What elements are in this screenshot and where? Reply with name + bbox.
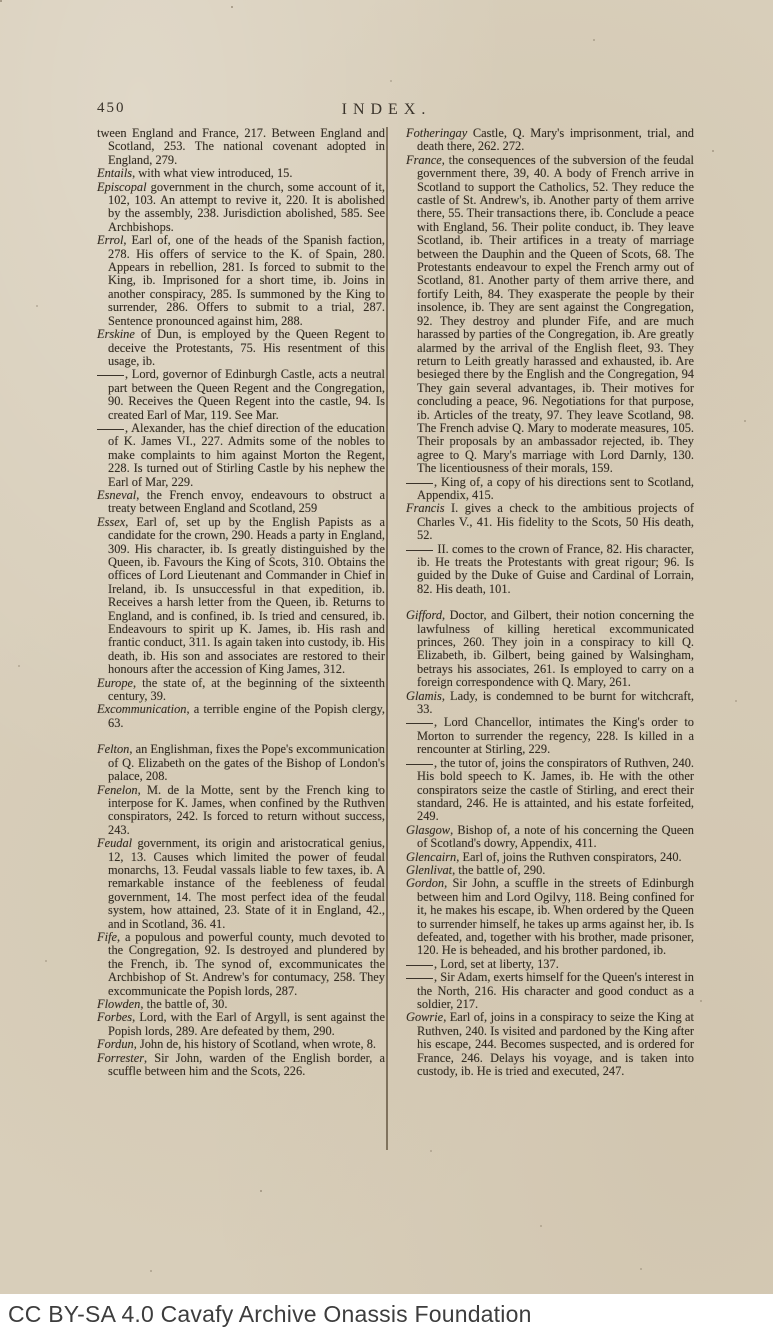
index-entry: Francis I. gives a check to the ambitiou… xyxy=(406,502,694,542)
index-entry: , Lord, governor of Edinburgh Castle, ac… xyxy=(97,368,385,422)
ditto-dash-icon xyxy=(406,960,433,966)
entry-term: Gifford xyxy=(406,608,442,622)
index-entry: Gifford, Doctor, and Gilbert, their noti… xyxy=(406,609,694,689)
entry-text: , the state of, at the beginning of the … xyxy=(108,676,385,703)
entry-term: Esneval xyxy=(97,488,136,502)
entry-text: , Lord, set at liberty, 137. xyxy=(434,957,559,971)
entry-text: , the battle of, 290. xyxy=(452,863,545,877)
entry-term: Entails xyxy=(97,166,132,180)
entry-term: Forrester xyxy=(97,1051,144,1065)
entry-text: , Earl of, one of the heads of the Spani… xyxy=(108,233,385,327)
index-entry: Essex, Earl of, set up by the English Pa… xyxy=(97,516,385,677)
index-entry: , Alexander, has the chief direction of … xyxy=(97,422,385,489)
index-entry: France, the consequences of the subversi… xyxy=(406,154,694,476)
paper-specks xyxy=(0,0,2,2)
entry-term: Fenelon xyxy=(97,783,138,797)
index-entry: Forbes, Lord, with the Earl of Argyll, i… xyxy=(97,1011,385,1038)
index-entry: Errol, Earl of, one of the heads of the … xyxy=(97,234,385,328)
column-divider-rule xyxy=(386,127,388,1150)
entry-term: Fordun xyxy=(97,1037,134,1051)
license-caption-bar: CC BY-SA 4.0 Cavafy Archive Onassis Foun… xyxy=(0,1294,773,1334)
index-entry: Glencairn, Earl of, joins the Ruthven co… xyxy=(406,851,694,864)
entry-text: , Bishop of, a note of his concerning th… xyxy=(417,823,694,850)
entry-text: , Sir John, a scuffle in the streets of … xyxy=(417,876,694,957)
index-entry: Gowrie, Earl of, joins in a conspiracy t… xyxy=(406,1011,694,1078)
index-entry: Felton, an Englishman, fixes the Pope's … xyxy=(97,743,385,783)
entry-text: II. comes to the crown of France, 82. Hi… xyxy=(417,542,694,596)
entry-term: Glencairn xyxy=(406,850,456,864)
entry-text: , Earl of, joins in a conspiracy to seiz… xyxy=(417,1010,694,1078)
entry-term: Excommunication xyxy=(97,702,186,716)
entry-term: Glenlivat xyxy=(406,863,452,877)
entry-text: , Alexander, has the chief direction of … xyxy=(108,421,385,489)
entry-text: , the French envoy, endeavours to obstru… xyxy=(108,488,385,515)
ditto-dash-icon xyxy=(406,718,433,724)
index-entry: tween England and France, 217. Between E… xyxy=(97,127,385,167)
entry-text: , Lord, governor of Edinburgh Castle, ac… xyxy=(108,367,385,421)
index-entry: Excommunication, a terrible engine of th… xyxy=(97,703,385,730)
index-entry: Erskine of Dun, is employed by the Queen… xyxy=(97,328,385,368)
entry-text: government, its origin and aristocratica… xyxy=(108,836,385,930)
entry-term: Gordon xyxy=(406,876,444,890)
entry-text: , an Englishman, fixes the Pope's excomm… xyxy=(108,742,385,783)
index-entry: Feudal government, its origin and aristo… xyxy=(97,837,385,931)
entry-text: , Sir John, warden of the English border… xyxy=(108,1051,385,1078)
index-entry: Episcopal government in the church, some… xyxy=(97,181,385,235)
entry-text: tween England and France, 217. Between E… xyxy=(97,126,385,167)
entry-text: I. gives a check to the ambitious projec… xyxy=(417,501,694,542)
index-entry: , King of, a copy of his directions sent… xyxy=(406,476,694,503)
entry-text: , Lord, with the Earl of Argyll, is sent… xyxy=(108,1010,385,1037)
entry-text: government in the church, some account o… xyxy=(108,180,385,234)
entry-text: , M. de la Motte, sent by the French kin… xyxy=(108,783,385,837)
index-entry: , Lord Chancellor, intimates the King's … xyxy=(406,716,694,756)
entry-text: , with what view introduced, 15. xyxy=(132,166,292,180)
license-caption: CC BY-SA 4.0 Cavafy Archive Onassis Foun… xyxy=(8,1294,532,1334)
index-entry: Glasgow, Bishop of, a note of his concer… xyxy=(406,824,694,851)
entry-term: Glamis xyxy=(406,689,442,703)
ditto-dash-icon xyxy=(406,478,433,484)
entry-term: France xyxy=(406,153,442,167)
index-entry: Glenlivat, the battle of, 290. xyxy=(406,864,694,877)
entry-term: Gowrie xyxy=(406,1010,443,1024)
index-entry: Forrester, Sir John, warden of the Engli… xyxy=(97,1052,385,1079)
index-entry: Fotheringay Castle, Q. Mary's imprisonme… xyxy=(406,127,694,154)
entry-term: Errol xyxy=(97,233,123,247)
entry-text: , King of, a copy of his directions sent… xyxy=(417,475,694,502)
index-entry: , the tutor of, joins the conspirators o… xyxy=(406,757,694,824)
entry-term: Francis xyxy=(406,501,445,515)
entry-text: , Sir Adam, exerts himself for the Queen… xyxy=(417,970,694,1011)
index-column-left: tween England and France, 217. Between E… xyxy=(97,127,385,1078)
index-column-right: Fotheringay Castle, Q. Mary's imprisonme… xyxy=(406,127,694,1078)
index-entry: II. comes to the crown of France, 82. Hi… xyxy=(406,543,694,597)
entry-text: , Lady, is condemned to be burnt for wit… xyxy=(417,689,694,716)
page-title: INDEX. xyxy=(0,101,773,119)
entry-text: , the tutor of, joins the conspirators o… xyxy=(417,756,694,824)
entry-text: , Earl of, joins the Ruthven conspirator… xyxy=(456,850,681,864)
index-entry: Fife, a populous and powerful county, mu… xyxy=(97,931,385,998)
entry-text: , a populous and powerful county, much d… xyxy=(108,930,385,998)
index-entry: , Sir Adam, exerts himself for the Queen… xyxy=(406,971,694,1011)
entry-term: Fotheringay xyxy=(406,126,467,140)
ditto-dash-icon xyxy=(406,759,433,765)
entry-term: Felton xyxy=(97,742,129,756)
entry-term: Erskine xyxy=(97,327,135,341)
entry-term: Flowden xyxy=(97,997,140,1011)
entry-text: of Dun, is employed by the Queen Regent … xyxy=(108,327,385,368)
entry-term: Glasgow xyxy=(406,823,450,837)
entry-text: , Doctor, and Gilbert, their notion conc… xyxy=(417,608,694,689)
index-entry: Esneval, the French envoy, endeavours to… xyxy=(97,489,385,516)
index-entry: Europe, the state of, at the beginning o… xyxy=(97,677,385,704)
entry-text: , Earl of, set up by the English Papists… xyxy=(108,515,385,676)
ditto-dash-icon xyxy=(97,370,124,376)
index-entry: , Lord, set at liberty, 137. xyxy=(406,958,694,971)
index-entry: Entails, with what view introduced, 15. xyxy=(97,167,385,180)
index-columns: tween England and France, 217. Between E… xyxy=(97,127,694,1078)
entry-term: Forbes xyxy=(97,1010,132,1024)
entry-term: Fife xyxy=(97,930,117,944)
ditto-dash-icon xyxy=(406,545,433,551)
entry-term: Europe xyxy=(97,676,133,690)
index-entry: Fordun, John de, his history of Scotland… xyxy=(97,1038,385,1051)
index-entry: Glamis, Lady, is condemned to be burnt f… xyxy=(406,690,694,717)
entry-text: , Lord Chancellor, intimates the King's … xyxy=(417,715,694,756)
entry-term: Essex xyxy=(97,515,125,529)
ditto-dash-icon xyxy=(406,973,433,979)
index-entry: Fenelon, M. de la Motte, sent by the Fre… xyxy=(97,784,385,838)
entry-text: , the battle of, 30. xyxy=(140,997,227,1011)
entry-text: , the consequences of the subversion of … xyxy=(417,153,694,475)
index-entry: Gordon, Sir John, a scuffle in the stree… xyxy=(406,877,694,957)
entry-term: Feudal xyxy=(97,836,132,850)
ditto-dash-icon xyxy=(97,424,124,430)
index-entry: Flowden, the battle of, 30. xyxy=(97,998,385,1011)
entry-term: Episcopal xyxy=(97,180,147,194)
entry-text: , John de, his history of Scotland, when… xyxy=(134,1037,376,1051)
